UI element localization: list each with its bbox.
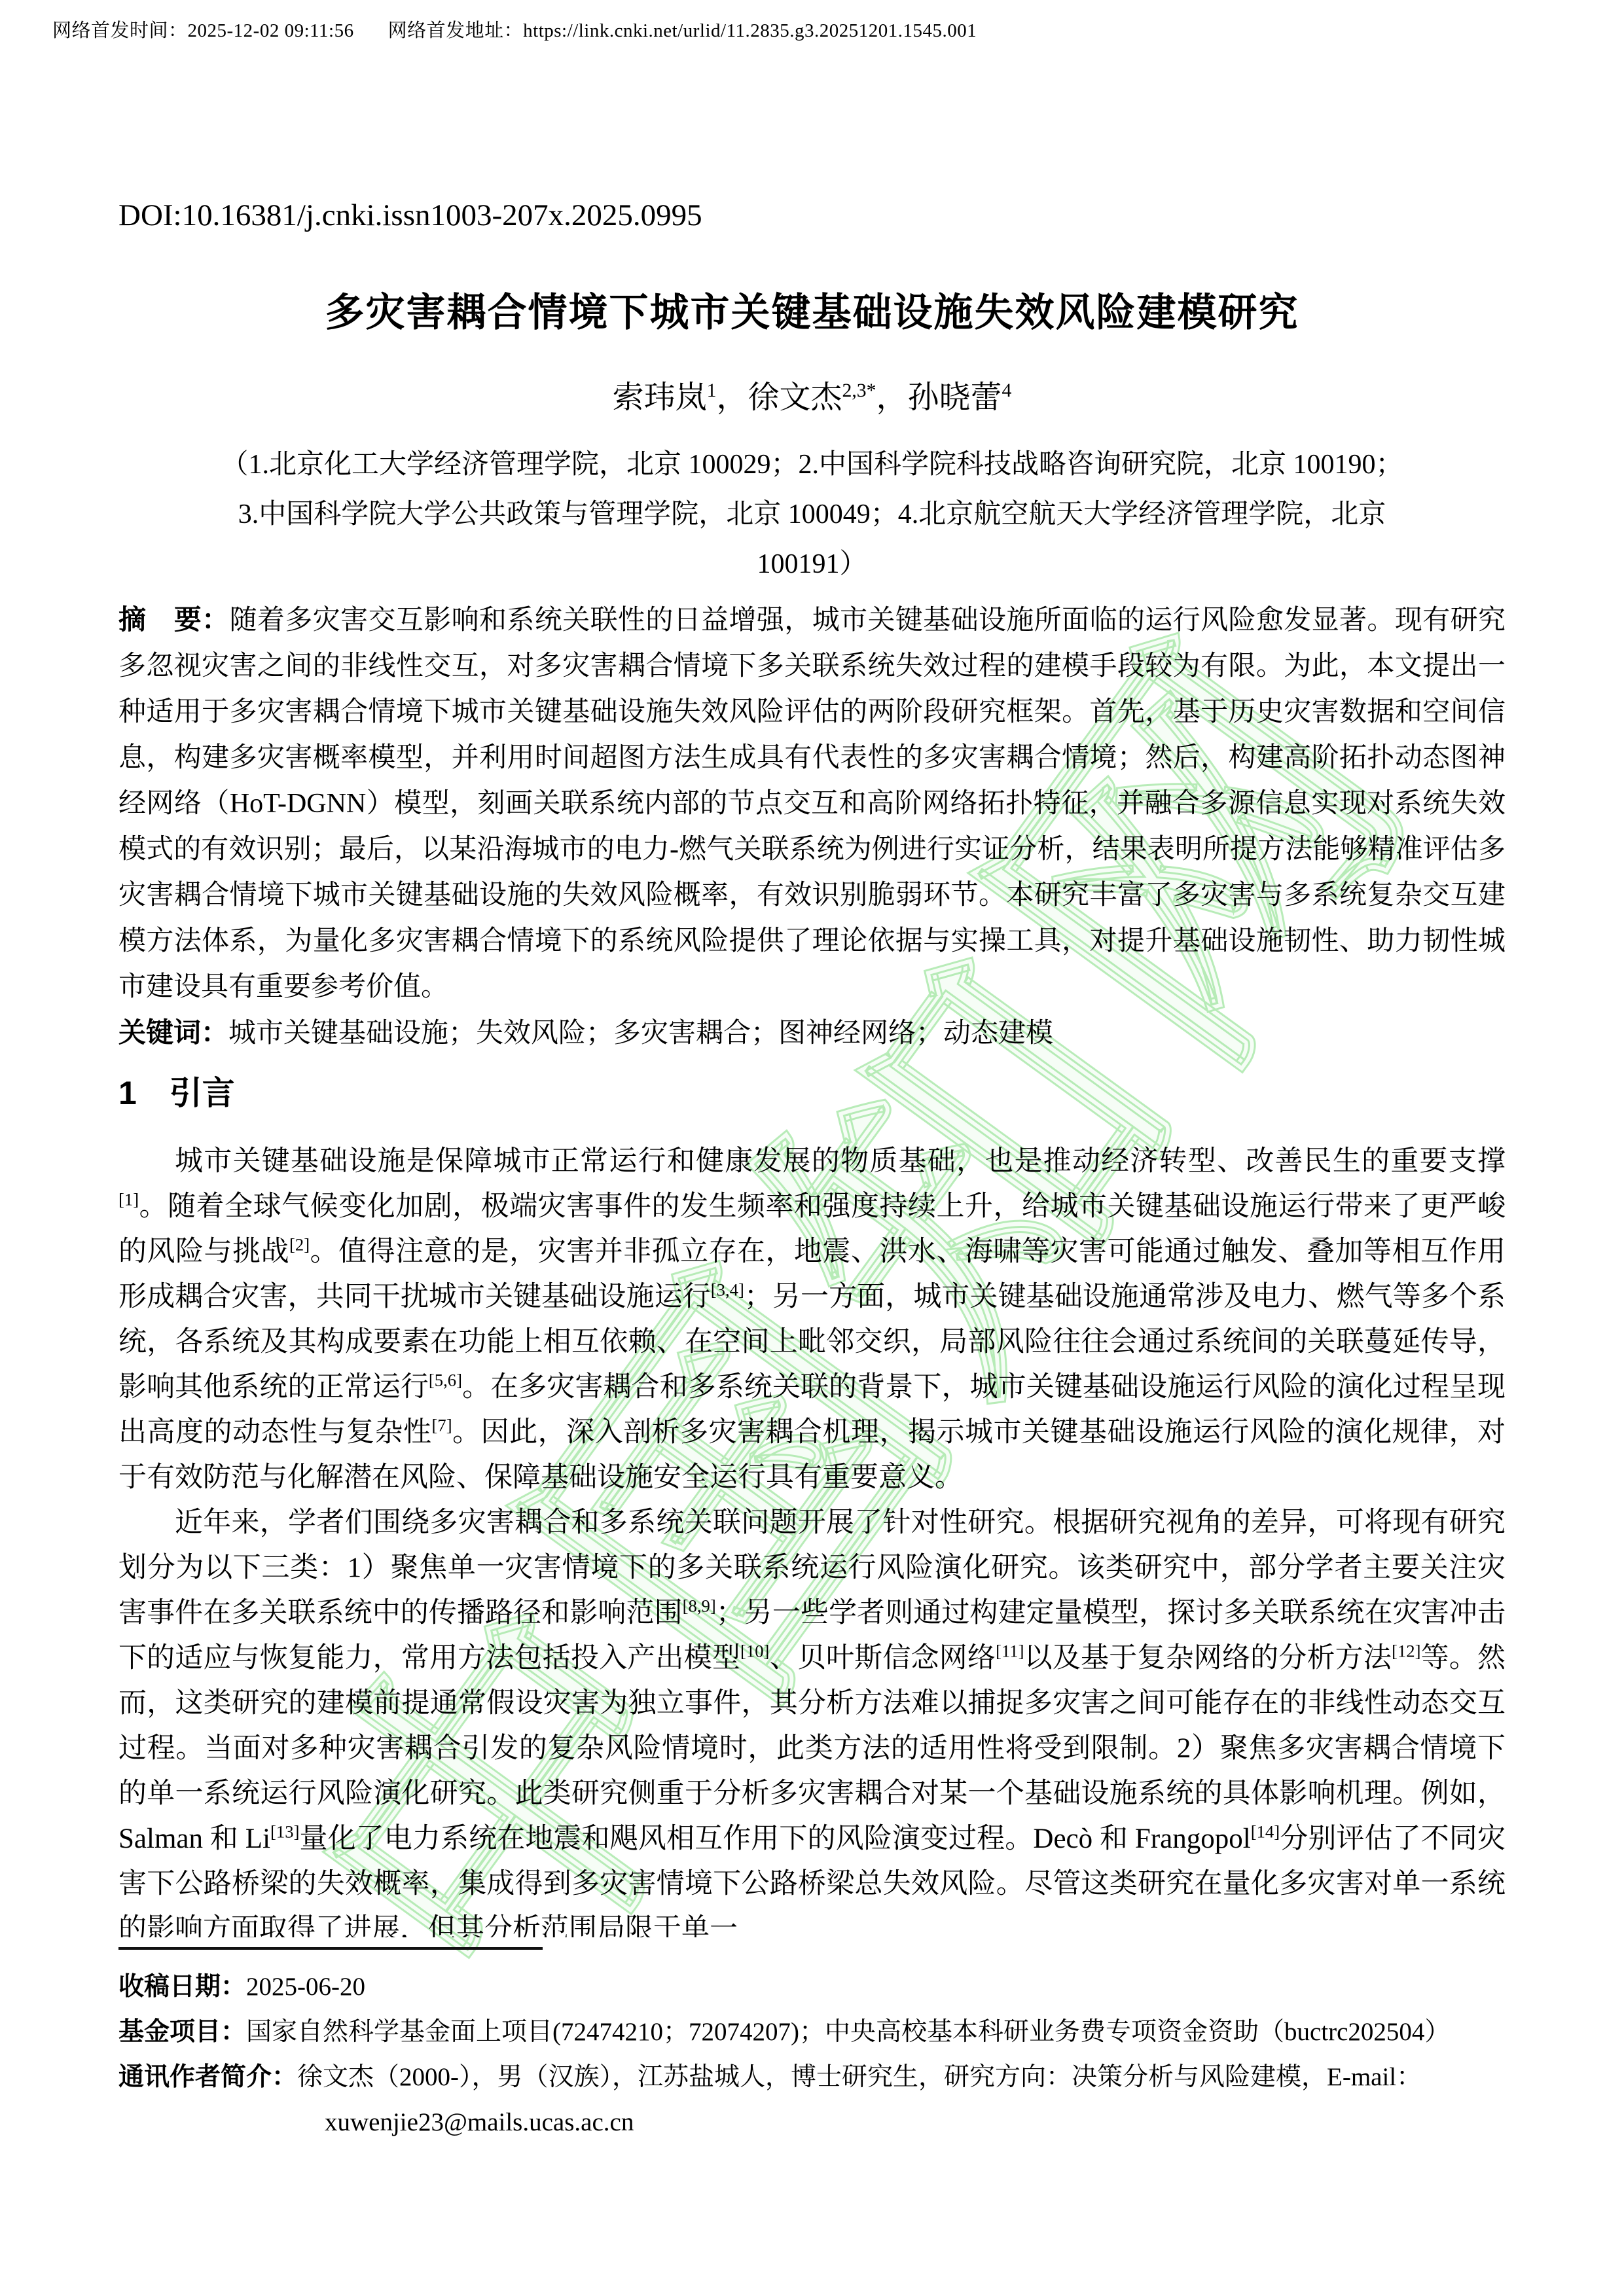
authors-line: 索玮岚1，徐文杰2,3*，孙晓蕾4: [118, 372, 1506, 417]
intro-paragraph-1: 城市关键基础设施是保障城市正常运行和健康发展的物质基础，也是推动经济转型、改善民…: [118, 1139, 1506, 1500]
section-heading: 1 引言: [118, 1067, 1506, 1114]
corresponding-author-label: 通讯作者简介：: [118, 2063, 297, 2091]
affiliations: （1.北京化工大学经济管理学院，北京 100029；2.中国科学院科技战略咨询研…: [118, 440, 1506, 589]
paper-page: 中国知网 网络首发时间：2025-12-02 09:11:56网络首发地址：ht…: [0, 0, 1624, 2296]
abstract-label: 摘 要：: [118, 604, 230, 635]
affiliation-line: 3.中国科学院大学公共政策与管理学院，北京 100049；4.北京航空航天大学经…: [118, 490, 1506, 539]
funding-line: 基金项目：国家自然科学基金面上项目(72474210；72074207)；中央高…: [118, 2009, 1506, 2054]
received-date-label: 收稿日期：: [118, 1973, 246, 2001]
keywords-line: 关键词：城市关键基础设施；失效风险；多灾害耦合；图神经网络；动态建模: [118, 1010, 1506, 1056]
affiliation-line: 100191）: [118, 539, 1506, 589]
doi-line: DOI:10.16381/j.cnki.issn1003-207x.2025.0…: [118, 198, 1506, 233]
publish-time-value: 2025-12-02 09:11:56: [188, 20, 354, 41]
corresponding-author-email-line: xuwenjie23@mails.ucas.ac.cn: [118, 2100, 1506, 2145]
funding-value: 国家自然科学基金面上项目(72474210；72074207)；中央高校基本科研…: [246, 2018, 1450, 2046]
funding-label: 基金项目：: [118, 2018, 246, 2046]
abstract-text: 随着多灾害交互影响和系统关联性的日益增强，城市关键基础设施所面临的运行风险愈发显…: [118, 605, 1506, 1002]
keywords-label: 关键词：: [118, 1017, 228, 1048]
publish-url-link[interactable]: https://link.cnki.net/urlid/11.2835.g3.2…: [523, 20, 977, 41]
received-date-line: 收稿日期：2025-06-20: [118, 1964, 1506, 2009]
corresponding-author-value: 徐文杰（2000-），男（汉族），江苏盐城人，博士研究生，研究方向：决策分析与风…: [297, 2063, 1422, 2091]
intro-paragraph-2: 近年来，学者们围绕多灾害耦合和多系统关联问题开展了针对性研究。根据研究视角的差异…: [118, 1500, 1506, 1937]
abstract-block: 摘 要：随着多灾害交互影响和系统关联性的日益增强，城市关键基础设施所面临的运行风…: [118, 597, 1506, 1056]
footnote-divider: [118, 1947, 543, 1950]
content-layer: 网络首发时间：2025-12-02 09:11:56网络首发地址：https:/…: [0, 0, 1624, 2296]
affiliation-line: （1.北京化工大学经济管理学院，北京 100029；2.中国科学院科技战略咨询研…: [118, 440, 1506, 490]
abstract-paragraph: 摘 要：随着多灾害交互影响和系统关联性的日益增强，城市关键基础设施所面临的运行风…: [118, 597, 1506, 1010]
received-date-value: 2025-06-20: [246, 1973, 365, 2001]
email-link[interactable]: xuwenjie23@mails.ucas.ac.cn: [325, 2108, 634, 2136]
footnote-block: 收稿日期：2025-06-20 基金项目：国家自然科学基金面上项目(724742…: [118, 1947, 1506, 2145]
section-introduction: 1 引言 城市关键基础设施是保障城市正常运行和健康发展的物质基础，也是推动经济转…: [118, 1067, 1506, 1937]
publish-addr-label: 网络首发地址：: [388, 20, 524, 41]
corresponding-author-line: 通讯作者简介：徐文杰（2000-），男（汉族），江苏盐城人，博士研究生，研究方向…: [118, 2054, 1506, 2100]
online-first-header: 网络首发时间：2025-12-02 09:11:56网络首发地址：https:/…: [52, 16, 1585, 43]
publish-time-label: 网络首发时间：: [52, 20, 188, 41]
paper-title: 多灾害耦合情境下城市关键基础设施失效风险建模研究: [118, 281, 1506, 338]
keywords-text: 城市关键基础设施；失效风险；多灾害耦合；图神经网络；动态建模: [228, 1018, 1053, 1049]
